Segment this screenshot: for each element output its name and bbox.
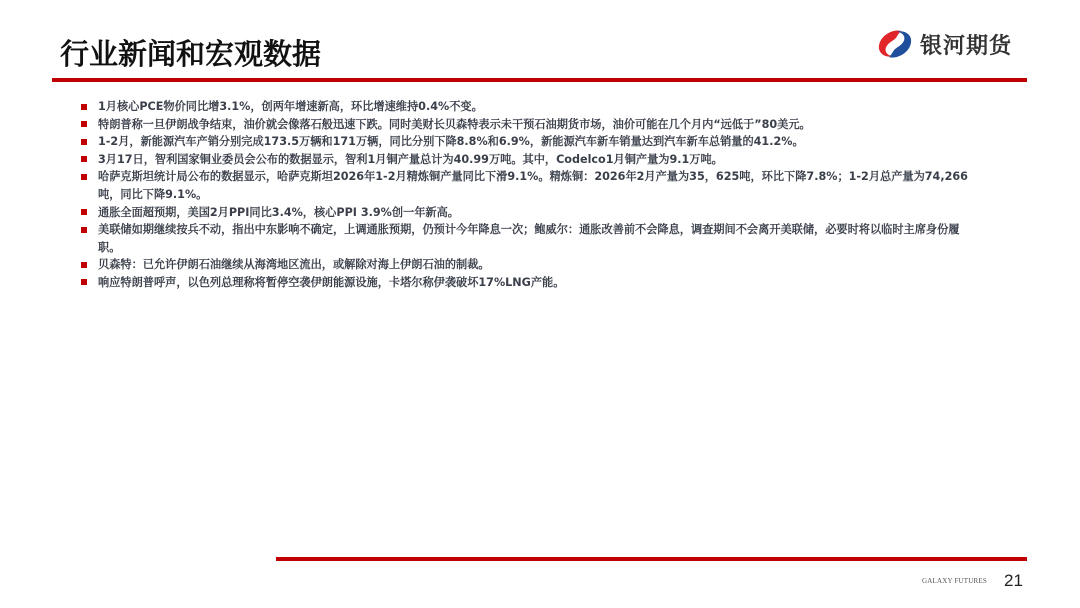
square-bullet-icon <box>81 139 87 145</box>
square-bullet-icon <box>81 174 87 180</box>
company-logo: 银河期货 <box>876 26 1012 62</box>
list-item: 响应特朗普呼声，以色列总理称将暂停空袭伊朗能源设施，卡塔尔称伊袭破坏17%LNG… <box>78 274 978 292</box>
list-item: 1-2月，新能源汽车产销分别完成173.5万辆和171万辆，同比分别下降8.8%… <box>78 133 978 151</box>
logo-text: 银河期货 <box>920 29 1012 60</box>
news-list: 1月核心PCE物价同比增3.1%，创两年增速新高，环比增速维持0.4%不变。 特… <box>78 98 978 292</box>
footer-brand: GALAXY FUTURES <box>922 577 987 585</box>
news-text: 1月核心PCE物价同比增3.1%，创两年增速新高，环比增速维持0.4%不变。 <box>98 100 483 113</box>
list-item: 哈萨克斯坦统计局公布的数据显示，哈萨克斯坦2026年1-2月精炼铜产量同比下滑9… <box>78 168 978 203</box>
page-title: 行业新闻和宏观数据 <box>60 32 321 73</box>
news-text: 贝森特：已允许伊朗石油继续从海湾地区流出，或解除对海上伊朗石油的制裁。 <box>98 258 490 271</box>
list-item: 1月核心PCE物价同比增3.1%，创两年增速新高，环比增速维持0.4%不变。 <box>78 98 978 116</box>
square-bullet-icon <box>81 121 87 127</box>
list-item: 贝森特：已允许伊朗石油继续从海湾地区流出，或解除对海上伊朗石油的制裁。 <box>78 256 978 274</box>
galaxy-logo-icon <box>876 27 914 61</box>
page-number: 21 <box>1004 571 1023 591</box>
news-text: 哈萨克斯坦统计局公布的数据显示，哈萨克斯坦2026年1-2月精炼铜产量同比下滑9… <box>98 170 968 201</box>
square-bullet-icon <box>81 209 87 215</box>
square-bullet-icon <box>81 279 87 285</box>
news-text: 特朗普称一旦伊朗战争结束，油价就会像落石般迅速下跌。同时美财长贝森特表示未干预石… <box>98 118 811 131</box>
square-bullet-icon <box>81 262 87 268</box>
news-text: 3月17日，智利国家铜业委员会公布的数据显示，智利1月铜产量总计为40.99万吨… <box>98 153 723 166</box>
list-item: 美联储如期继续按兵不动，指出中东影响不确定，上调通胀预期，仍预计今年降息一次；鲍… <box>78 221 978 256</box>
news-text: 通胀全面超预期，美国2月PPI同比3.4%，核心PPI 3.9%创一年新高。 <box>98 206 459 219</box>
list-item: 特朗普称一旦伊朗战争结束，油价就会像落石般迅速下跌。同时美财长贝森特表示未干预石… <box>78 116 978 134</box>
news-text: 响应特朗普呼声，以色列总理称将暂停空袭伊朗能源设施，卡塔尔称伊袭破坏17%LNG… <box>98 276 564 289</box>
news-text: 美联储如期继续按兵不动，指出中东影响不确定，上调通胀预期，仍预计今年降息一次；鲍… <box>98 223 959 254</box>
footer-divider <box>276 557 1027 561</box>
square-bullet-icon <box>81 227 87 233</box>
list-item: 3月17日，智利国家铜业委员会公布的数据显示，智利1月铜产量总计为40.99万吨… <box>78 151 978 169</box>
square-bullet-icon <box>81 104 87 110</box>
header-divider <box>52 78 1027 82</box>
square-bullet-icon <box>81 156 87 162</box>
list-item: 通胀全面超预期，美国2月PPI同比3.4%，核心PPI 3.9%创一年新高。 <box>78 204 978 222</box>
news-text: 1-2月，新能源汽车产销分别完成173.5万辆和171万辆，同比分别下降8.8%… <box>98 135 804 148</box>
